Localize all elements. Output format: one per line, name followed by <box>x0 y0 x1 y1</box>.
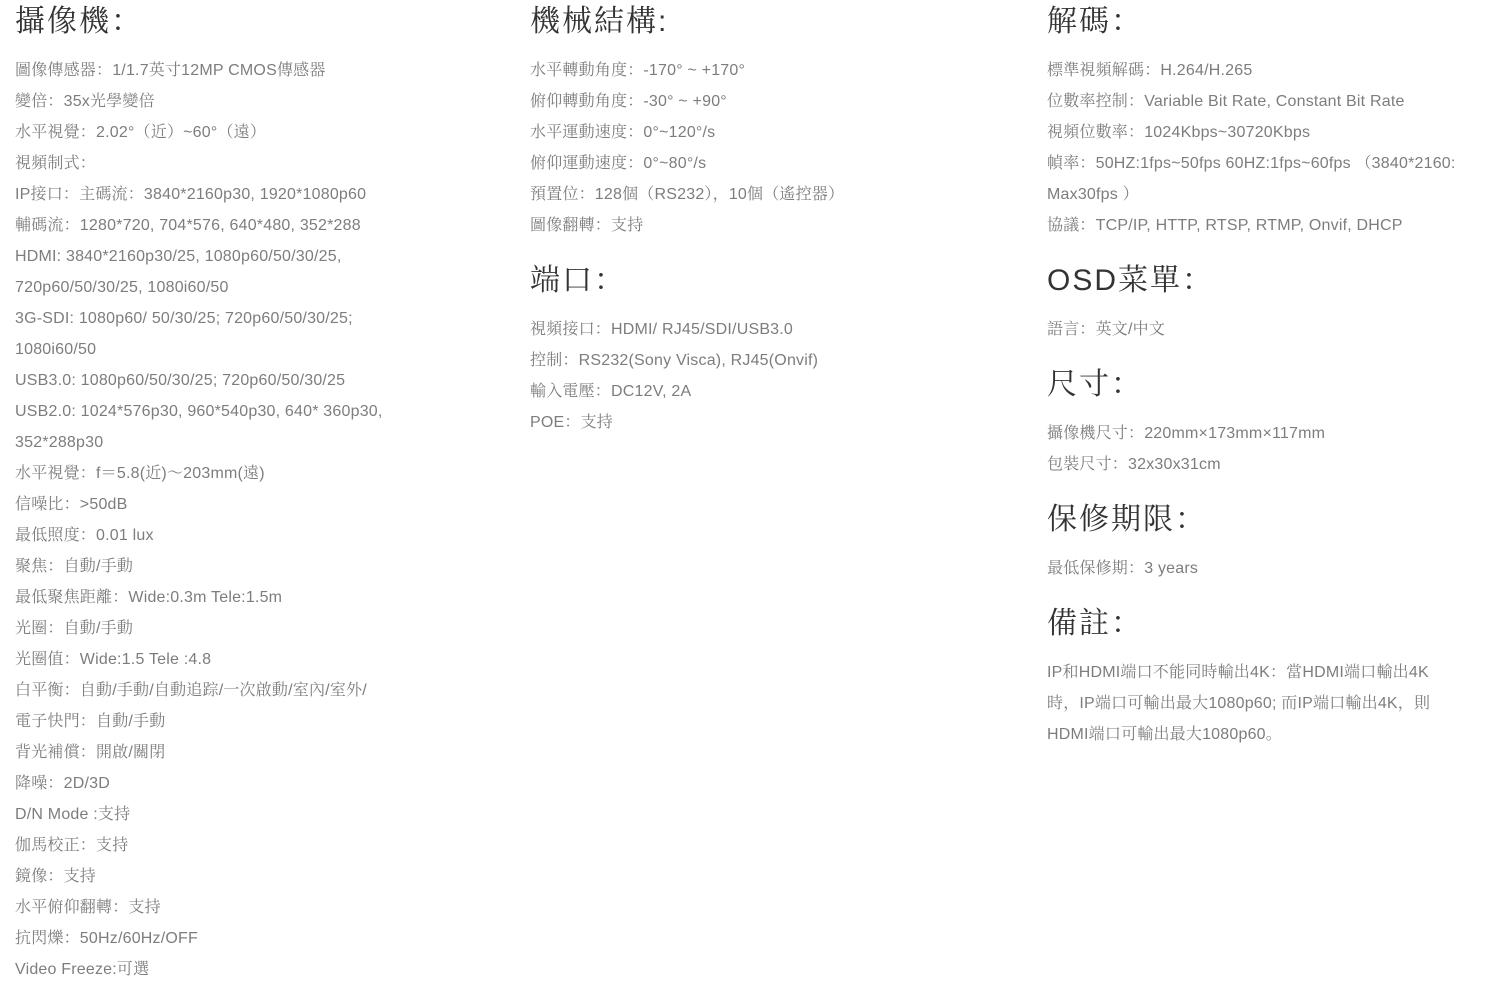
spec-line: 視頻接口：HDMI/ RJ45/SDI/USB3.0 <box>530 314 1047 345</box>
spec-line: 時，IP端口可輸出最大1080p60; 而IP端口輸出4K，則 <box>1047 688 1503 719</box>
spec-line: 控制：RS232(Sony Visca), RJ45(Onvif) <box>530 345 1047 376</box>
spec-line: 俯仰轉動角度：-30° ~ +90° <box>530 86 1047 117</box>
spec-line: 標準視頻解碼：H.264/H.265 <box>1047 55 1503 86</box>
spec-line: 變倍：35x光學變倍 <box>15 86 530 117</box>
spec-line: 白平衡：自動/手動/自動追踪/一次啟動/室內/室外/ <box>15 675 530 706</box>
spec-sheet: 攝像機：圖像傳感器：1/1.7英寸12MP CMOS傳感器變倍：35x光學變倍水… <box>0 0 1503 995</box>
spec-section: 端口：視頻接口：HDMI/ RJ45/SDI/USB3.0控制：RS232(So… <box>530 259 1047 438</box>
spec-line: 輔碼流：1280*720, 704*576, 640*480, 352*288 <box>15 210 530 241</box>
spec-line: POE：支持 <box>530 407 1047 438</box>
spec-section: OSD菜單：語言：英文/中文 <box>1047 259 1503 345</box>
spec-line: 背光補償：開啟/關閉 <box>15 737 530 768</box>
section-title: 端口： <box>530 259 1047 303</box>
section-title: 備註： <box>1047 602 1503 646</box>
section-title: 解碼： <box>1047 0 1503 44</box>
spec-line: 伽馬校正：支持 <box>15 830 530 861</box>
spec-column-decoding-misc: 解碼：標準視頻解碼：H.264/H.265位數率控制：Variable Bit … <box>1047 0 1503 985</box>
spec-line: 視頻制式： <box>15 148 530 179</box>
spec-line: 圖像傳感器：1/1.7英寸12MP CMOS傳感器 <box>15 55 530 86</box>
spec-line: 水平俯仰翻轉：支持 <box>15 892 530 923</box>
spec-line: HDMI: 3840*2160p30/25, 1080p60/50/30/25, <box>15 241 530 272</box>
spec-line: 鏡像：支持 <box>15 861 530 892</box>
spec-section: 備註：IP和HDMI端口不能同時輸出4K：當HDMI端口輸出4K時，IP端口可輸… <box>1047 602 1503 750</box>
spec-line: HDMI端口可輸出最大1080p60。 <box>1047 719 1503 750</box>
spec-line: 1080i60/50 <box>15 334 530 365</box>
spec-column-camera: 攝像機：圖像傳感器：1/1.7英寸12MP CMOS傳感器變倍：35x光學變倍水… <box>15 0 530 985</box>
spec-line: IP接口：主碼流：3840*2160p30, 1920*1080p60 <box>15 179 530 210</box>
spec-line: 輸入電壓：DC12V, 2A <box>530 376 1047 407</box>
spec-line: D/N Mode :支持 <box>15 799 530 830</box>
spec-line: 信噪比：>50dB <box>15 489 530 520</box>
spec-line: 352*288p30 <box>15 427 530 458</box>
spec-line: 預置位：128個（RS232），10個（遙控器） <box>530 179 1047 210</box>
spec-line: 協議：TCP/IP, HTTP, RTSP, RTMP, Onvif, DHCP <box>1047 210 1503 241</box>
spec-line: IP和HDMI端口不能同時輸出4K：當HDMI端口輸出4K <box>1047 657 1503 688</box>
spec-line: USB3.0: 1080p60/50/30/25; 720p60/50/30/2… <box>15 365 530 396</box>
spec-line: 俯仰運動速度：0°~80°/s <box>530 148 1047 179</box>
spec-line: 聚焦：自動/手動 <box>15 551 530 582</box>
section-title: OSD菜單： <box>1047 259 1503 303</box>
spec-line: 包裝尺寸：32x30x31cm <box>1047 449 1503 480</box>
section-title: 攝像機： <box>15 0 530 44</box>
spec-section: 解碼：標準視頻解碼：H.264/H.265位數率控制：Variable Bit … <box>1047 0 1503 241</box>
spec-line: 降噪：2D/3D <box>15 768 530 799</box>
spec-line: USB2.0: 1024*576p30, 960*540p30, 640* 36… <box>15 396 530 427</box>
spec-line: 最低照度：0.01 lux <box>15 520 530 551</box>
spec-section: 機械結構:水平轉動角度：-170° ~ +170°俯仰轉動角度：-30° ~ +… <box>530 0 1047 241</box>
section-title: 機械結構: <box>530 0 1047 44</box>
spec-column-mechanical-ports: 機械結構:水平轉動角度：-170° ~ +170°俯仰轉動角度：-30° ~ +… <box>530 0 1047 985</box>
spec-line: 光圈值：Wide:1.5 Tele :4.8 <box>15 644 530 675</box>
spec-line: 圖像翻轉：支持 <box>530 210 1047 241</box>
spec-section: 攝像機：圖像傳感器：1/1.7英寸12MP CMOS傳感器變倍：35x光學變倍水… <box>15 0 530 985</box>
spec-line: 語言：英文/中文 <box>1047 314 1503 345</box>
spec-section: 尺寸：攝像機尺寸：220mm×173mm×117mm包裝尺寸：32x30x31c… <box>1047 363 1503 480</box>
section-title: 保修期限： <box>1047 498 1503 542</box>
spec-line: 位數率控制：Variable Bit Rate, Constant Bit Ra… <box>1047 86 1503 117</box>
spec-line: 光圈：自動/手動 <box>15 613 530 644</box>
spec-line: 最低聚焦距離：Wide:0.3m Tele:1.5m <box>15 582 530 613</box>
spec-line: 電子快門：自動/手動 <box>15 706 530 737</box>
section-title: 尺寸： <box>1047 363 1503 407</box>
spec-line: Video Freeze:可選 <box>15 954 530 985</box>
spec-line: 攝像機尺寸：220mm×173mm×117mm <box>1047 418 1503 449</box>
spec-line: 水平視覺：f＝5.8(近)～203mm(遠) <box>15 458 530 489</box>
spec-line: 3G-SDI: 1080p60/ 50/30/25; 720p60/50/30/… <box>15 303 530 334</box>
spec-line: 抗閃爍：50Hz/60Hz/OFF <box>15 923 530 954</box>
spec-line: 最低保修期：3 years <box>1047 553 1503 584</box>
spec-line: 幀率：50HZ:1fps~50fps 60HZ:1fps~60fps （3840… <box>1047 148 1503 179</box>
spec-line: Max30fps ） <box>1047 179 1503 210</box>
spec-section: 保修期限：最低保修期：3 years <box>1047 498 1503 584</box>
spec-line: 720p60/50/30/25, 1080i60/50 <box>15 272 530 303</box>
spec-line: 水平轉動角度：-170° ~ +170° <box>530 55 1047 86</box>
spec-line: 水平視覺：2.02°（近）~60°（遠） <box>15 117 530 148</box>
spec-line: 水平運動速度：0°~120°/s <box>530 117 1047 148</box>
spec-line: 視頻位數率：1024Kbps~30720Kbps <box>1047 117 1503 148</box>
